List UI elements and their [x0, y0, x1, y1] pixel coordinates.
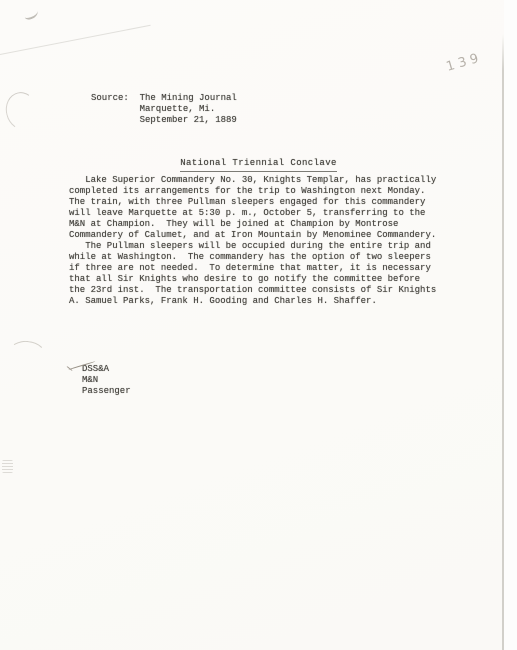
article-body-text: Lake Superior Commandery No. 30, Knights…: [69, 175, 436, 307]
page-edge-margin: [504, 0, 517, 650]
corner-crease-artifact: [0, 25, 151, 57]
routing-tags-block: DSS&A M&N Passenger: [82, 364, 131, 397]
article-title: National Triennial Conclave: [180, 158, 337, 172]
page-edge-shadow: [502, 34, 504, 650]
photocopy-arc-artifact: [7, 339, 48, 371]
smudge-artifact: [2, 460, 13, 473]
handwritten-page-number: 139: [445, 50, 485, 75]
source-citation-block: Source: The Mining Journal Marquette, Mi…: [91, 93, 237, 126]
pencil-scribble-mark: [23, 7, 39, 21]
article-title-row: National Triennial Conclave: [0, 152, 517, 172]
scanned-document-page: 139 Source: The Mining Journal Marquette…: [0, 0, 517, 650]
photocopy-arc-artifact: [2, 89, 42, 134]
pencil-checkmark-stroke: [66, 366, 72, 371]
